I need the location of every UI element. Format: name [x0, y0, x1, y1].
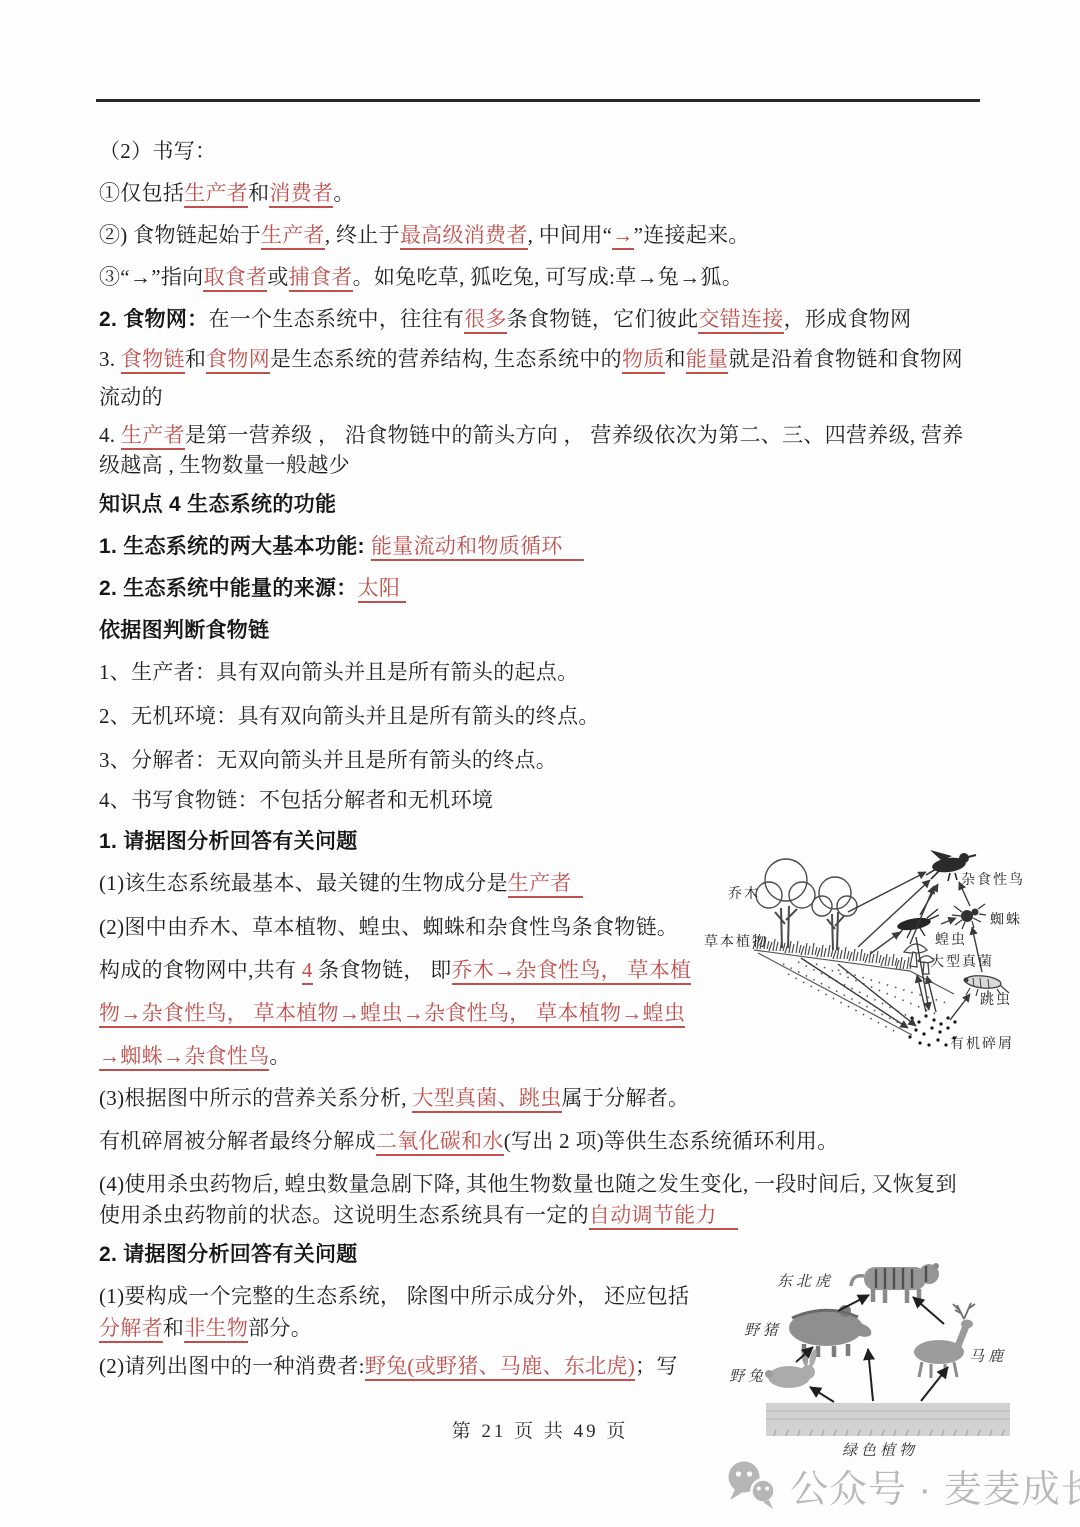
label-springtail: 跳虫 — [980, 992, 1012, 1008]
paragraph-q1-3: (3)根据图中所示的营养关系分析, 大型真菌、跳虫属于分解者。 — [99, 1083, 689, 1113]
paragraph-trophic-level-line1: 4. 生产者是第一营养级 ， 沿食物链中的箭头方向 ， 营养级依次为第二、三、四… — [99, 420, 964, 450]
text-segment: 交错连接 — [698, 307, 783, 334]
text-segment: 非生物 — [184, 1316, 248, 1343]
paragraph-energy-source: 2. 生态系统中能量的来源：太阳 — [99, 573, 406, 604]
text-segment: ”连接起来。 — [634, 223, 750, 247]
watermark-text: 公众号 · 麦麦成长营 — [790, 1458, 1080, 1513]
paragraph-trophic-level-line2: 级越高 , 生物数量一般越少 — [99, 450, 350, 480]
label-locust: 蝗虫 — [935, 931, 967, 948]
text-segment: 构成的食物网中,共有 — [99, 958, 302, 982]
label-plants: 绿色植物 — [842, 1442, 918, 1459]
text-segment: 。如兔吃草, 狐吃兔, 可写成:草→兔→狐。 — [353, 265, 743, 289]
text-segment: ；写 — [635, 1354, 678, 1378]
text-segment: 能量流动和物质循环 — [371, 534, 584, 561]
paragraph-item-2: ②) 食物链起始于生产者, 终止于最高级消费者, 中间用“→”连接起来。 — [99, 220, 750, 250]
text-segment: 2、无机环境：具有双向箭头并且是所有箭头的终点。 — [99, 704, 600, 728]
deer-icon — [914, 1303, 975, 1378]
text-segment: 属于分解者。 — [562, 1086, 690, 1110]
text-segment: 1、生产者：具有双向箭头并且是所有箭头的起点。 — [99, 660, 578, 684]
text-segment: 2. 生态系统中能量的来源： — [99, 577, 358, 600]
text-segment: 2. 请据图分析回答有关问题 — [99, 1243, 358, 1266]
paragraph-nutrition-structure-line2: 流动的 — [99, 382, 163, 412]
text-segment: 和 — [185, 347, 206, 371]
text-segment: 4. — [99, 423, 121, 447]
text-segment: 食物链 — [121, 347, 185, 374]
text-segment: 分解者 — [99, 1316, 163, 1343]
text-segment: 依据图判断食物链 — [99, 619, 269, 642]
text-segment: 是第一营养级 ， 沿食物链中的箭头方向 ， 营养级依次为第二、三、四营养级, 营… — [185, 423, 964, 447]
paragraph-basic-functions: 1. 生态系统的两大基本功能: 能量流动和物质循环 — [99, 531, 584, 562]
text-segment: (1)该生态系统最基本、最关键的生物成分是 — [99, 871, 508, 895]
spider-icon — [952, 904, 986, 929]
heading-question-2: 2. 请据图分析回答有关问题 — [99, 1239, 358, 1270]
header-divider — [96, 99, 980, 102]
tree-icon — [756, 859, 857, 950]
paragraph-q1-2-line4: →蜘蛛→杂食性鸟。 — [99, 1041, 291, 1071]
text-segment: 部分。 — [248, 1316, 312, 1340]
text-segment: 二氧化碳和水 — [376, 1129, 504, 1156]
text-segment: 能量 — [686, 347, 729, 374]
text-segment: 野兔(或野猪、马鹿、东北虎) — [365, 1354, 635, 1381]
label-debris: 有机碎屑 — [950, 1035, 1014, 1052]
text-segment: 流动的 — [99, 385, 163, 409]
text-segment: 自动调节能力 — [589, 1203, 738, 1230]
text-segment: 物→杂食性鸟， 草本植物→蝗虫→杂食性鸟， 草本植物→蝗虫 — [99, 1001, 685, 1028]
text-segment: 使用杀虫药物前的状态。这说明生态系统具有一定的 — [99, 1203, 589, 1227]
heading-knowledge-point-4: 知识点 4 生态系统的功能 — [99, 489, 336, 520]
text-segment: 生产者 — [261, 223, 325, 250]
paragraph-q1-4-line1: (4)使用杀虫药物后, 蝗虫数量急剧下降, 其他生物数量也随之发生变化, 一段时… — [99, 1169, 957, 1199]
paragraph-q2-2: (2)请列出图中的一种消费者:野兔(或野猪、马鹿、东北虎)；写 — [99, 1351, 678, 1381]
text-segment: 条食物链， 即 — [313, 958, 452, 982]
label-hare: 野兔 — [729, 1368, 767, 1385]
paragraph-q1-3b: 有机碎屑被分解者最终分解成二氧化碳和水(写出 2 项)等供生态系统循环利用。 — [99, 1126, 838, 1156]
paragraph-q2-1-line2: 分解者和非生物部分。 — [99, 1313, 312, 1343]
paragraph-writing-heading: （2）书写： — [99, 136, 216, 166]
paragraph-q1-2-line1: (2)图中由乔木、草本植物、蝗虫、蜘蛛和杂食性鸟条食物链。 — [99, 912, 678, 942]
paragraph-item-1: ①仅包括生产者和消费者。 — [99, 178, 355, 208]
paragraph-producer-rule: 1、生产者：具有双向箭头并且是所有箭头的起点。 — [99, 657, 578, 687]
paragraph-abiotic-rule: 2、无机环境：具有双向箭头并且是所有箭头的终点。 — [99, 701, 600, 731]
text-segment: 在一个生态系统中，往往有 — [208, 307, 464, 331]
text-segment: ，形成食物网 — [784, 307, 912, 331]
text-segment: →蜘蛛→杂食性鸟 — [99, 1044, 269, 1071]
text-segment: 有机碎屑被分解者最终分解成 — [99, 1129, 376, 1153]
boar-icon — [789, 1305, 871, 1357]
paragraph-q1-1: (1)该生态系统最基本、最关键的生物成分是生产者 — [99, 868, 583, 898]
heading-judge-food-chain: 依据图判断食物链 — [99, 615, 269, 646]
text-segment: (2)请列出图中的一种消费者: — [99, 1354, 365, 1378]
locust-icon — [896, 909, 939, 938]
text-segment: 生产者 — [121, 423, 185, 450]
text-segment: 和 — [248, 181, 269, 205]
text-segment: （2）书写： — [99, 139, 216, 163]
text-segment: 4 — [302, 958, 313, 985]
text-segment: (3)根据图中所示的营养关系分析, — [99, 1086, 412, 1110]
text-segment: → — [612, 223, 633, 250]
text-segment: 生产者 — [184, 181, 248, 208]
text-segment: , 终止于 — [325, 223, 400, 247]
text-segment: 物质 — [622, 347, 665, 374]
hare-icon — [765, 1348, 818, 1388]
page-number: 第 21 页 共 49 页 — [0, 1416, 1080, 1443]
text-segment: 乔木→杂食性鸟， 草本植 — [452, 958, 692, 985]
text-segment: 很多 — [464, 307, 507, 334]
text-segment: 或 — [267, 265, 288, 289]
food-web-diagram: 乔木 草本植物 杂食性鸟 蜘蛛 蝗虫 大型真菌 跳虫 有机碎屑 — [698, 842, 1028, 1074]
text-segment: (2)图中由乔木、草本植物、蝗虫、蜘蛛和杂食性鸟条食物链。 — [99, 915, 678, 939]
text-segment: 就是沿着食物链和食物网 — [728, 347, 962, 371]
text-segment: 条食物链，它们彼此 — [507, 307, 699, 331]
paragraph-food-web: 2. 食物网：在一个生态系统中，往往有很多条食物链，它们彼此交错连接，形成食物网 — [99, 304, 911, 335]
paragraph-q1-4-line2: 使用杀虫药物前的状态。这说明生态系统具有一定的自动调节能力 — [99, 1200, 738, 1230]
label-fungus: 大型真菌 — [930, 953, 994, 970]
text-segment: 食物网 — [206, 347, 270, 374]
label-herb: 草本植物 — [704, 933, 768, 950]
text-segment: 生产者 — [508, 871, 583, 898]
paragraph-q1-2-line2: 构成的食物网中,共有 4 条食物链， 即乔木→杂食性鸟， 草本植 — [99, 955, 691, 985]
text-segment: , 中间用“ — [528, 223, 613, 247]
paragraph-decomposer-rule: 3、分解者：无双向箭头并且是所有箭头的终点。 — [99, 745, 557, 775]
text-segment: ②) 食物链起始于 — [99, 223, 261, 247]
label-boar: 野猪 — [744, 1322, 782, 1339]
paragraph-q2-1-line1: (1)要构成一个完整的生态系统， 除图中所示成分外， 还应包括 — [99, 1281, 689, 1311]
paragraph-writing-rule: 4、书写食物链：不包括分解者和无机环境 — [99, 785, 493, 815]
text-segment: 1. 生态系统的两大基本功能: — [99, 535, 371, 558]
paragraph-nutrition-structure-line1: 3. 食物链和食物网是生态系统的营养结构, 生态系统中的物质和能量就是沿着食物链… — [99, 344, 963, 374]
text-segment: 太阳 — [358, 576, 406, 603]
text-segment: ③“→”指向 — [99, 265, 203, 289]
text-segment: 。 — [269, 1044, 290, 1068]
text-segment: 取食者 — [203, 265, 267, 292]
text-segment: (写出 2 项)等供生态系统循环利用。 — [504, 1129, 839, 1153]
text-segment: 最高级消费者 — [400, 223, 528, 250]
label-tiger: 东北虎 — [777, 1273, 834, 1290]
paragraph-item-3: ③“→”指向取食者或捕食者。如兔吃草, 狐吃兔, 可写成:草→兔→狐。 — [99, 262, 743, 292]
text-segment: 2. 食物网： — [99, 308, 208, 331]
text-segment: 大型真菌、跳虫 — [412, 1086, 561, 1113]
heading-question-1: 1. 请据图分析回答有关问题 — [99, 826, 358, 857]
text-segment: 。 — [333, 181, 354, 205]
text-segment: (1)要构成一个完整的生态系统， 除图中所示成分外， 还应包括 — [99, 1284, 689, 1308]
text-segment: 知识点 4 生态系统的功能 — [99, 493, 336, 516]
text-segment: 4、书写食物链：不包括分解者和无机环境 — [99, 788, 493, 812]
text-segment: 级越高 , 生物数量一般越少 — [99, 453, 350, 477]
watermark: 公众号 · 麦麦成长营 — [724, 1458, 1080, 1513]
document-page: （2）书写： ①仅包括生产者和消费者。 ②) 食物链起始于生产者, 终止于最高级… — [0, 0, 1080, 1527]
text-segment: 和 — [163, 1316, 184, 1340]
label-spider: 蜘蛛 — [990, 911, 1022, 928]
text-segment: 消费者 — [269, 181, 333, 208]
text-segment: ①仅包括 — [99, 181, 184, 205]
label-deer: 马鹿 — [969, 1348, 1007, 1365]
label-bird: 杂食性鸟 — [961, 871, 1025, 888]
text-segment: 是生态系统的营养结构, 生态系统中的 — [270, 347, 622, 371]
wechat-icon — [724, 1460, 778, 1512]
text-segment: (4)使用杀虫药物后, 蝗虫数量急剧下降, 其他生物数量也随之发生变化, 一段时… — [99, 1172, 957, 1196]
text-segment: 捕食者 — [289, 265, 353, 292]
text-segment: 1. 请据图分析回答有关问题 — [99, 830, 358, 853]
text-segment: 3. — [99, 347, 121, 371]
text-segment: 和 — [665, 347, 686, 371]
label-tree: 乔木 — [728, 885, 760, 902]
text-segment: 3、分解者：无双向箭头并且是所有箭头的终点。 — [99, 748, 557, 772]
paragraph-q1-2-line3: 物→杂食性鸟， 草本植物→蝗虫→杂食性鸟， 草本植物→蝗虫 — [99, 998, 685, 1028]
